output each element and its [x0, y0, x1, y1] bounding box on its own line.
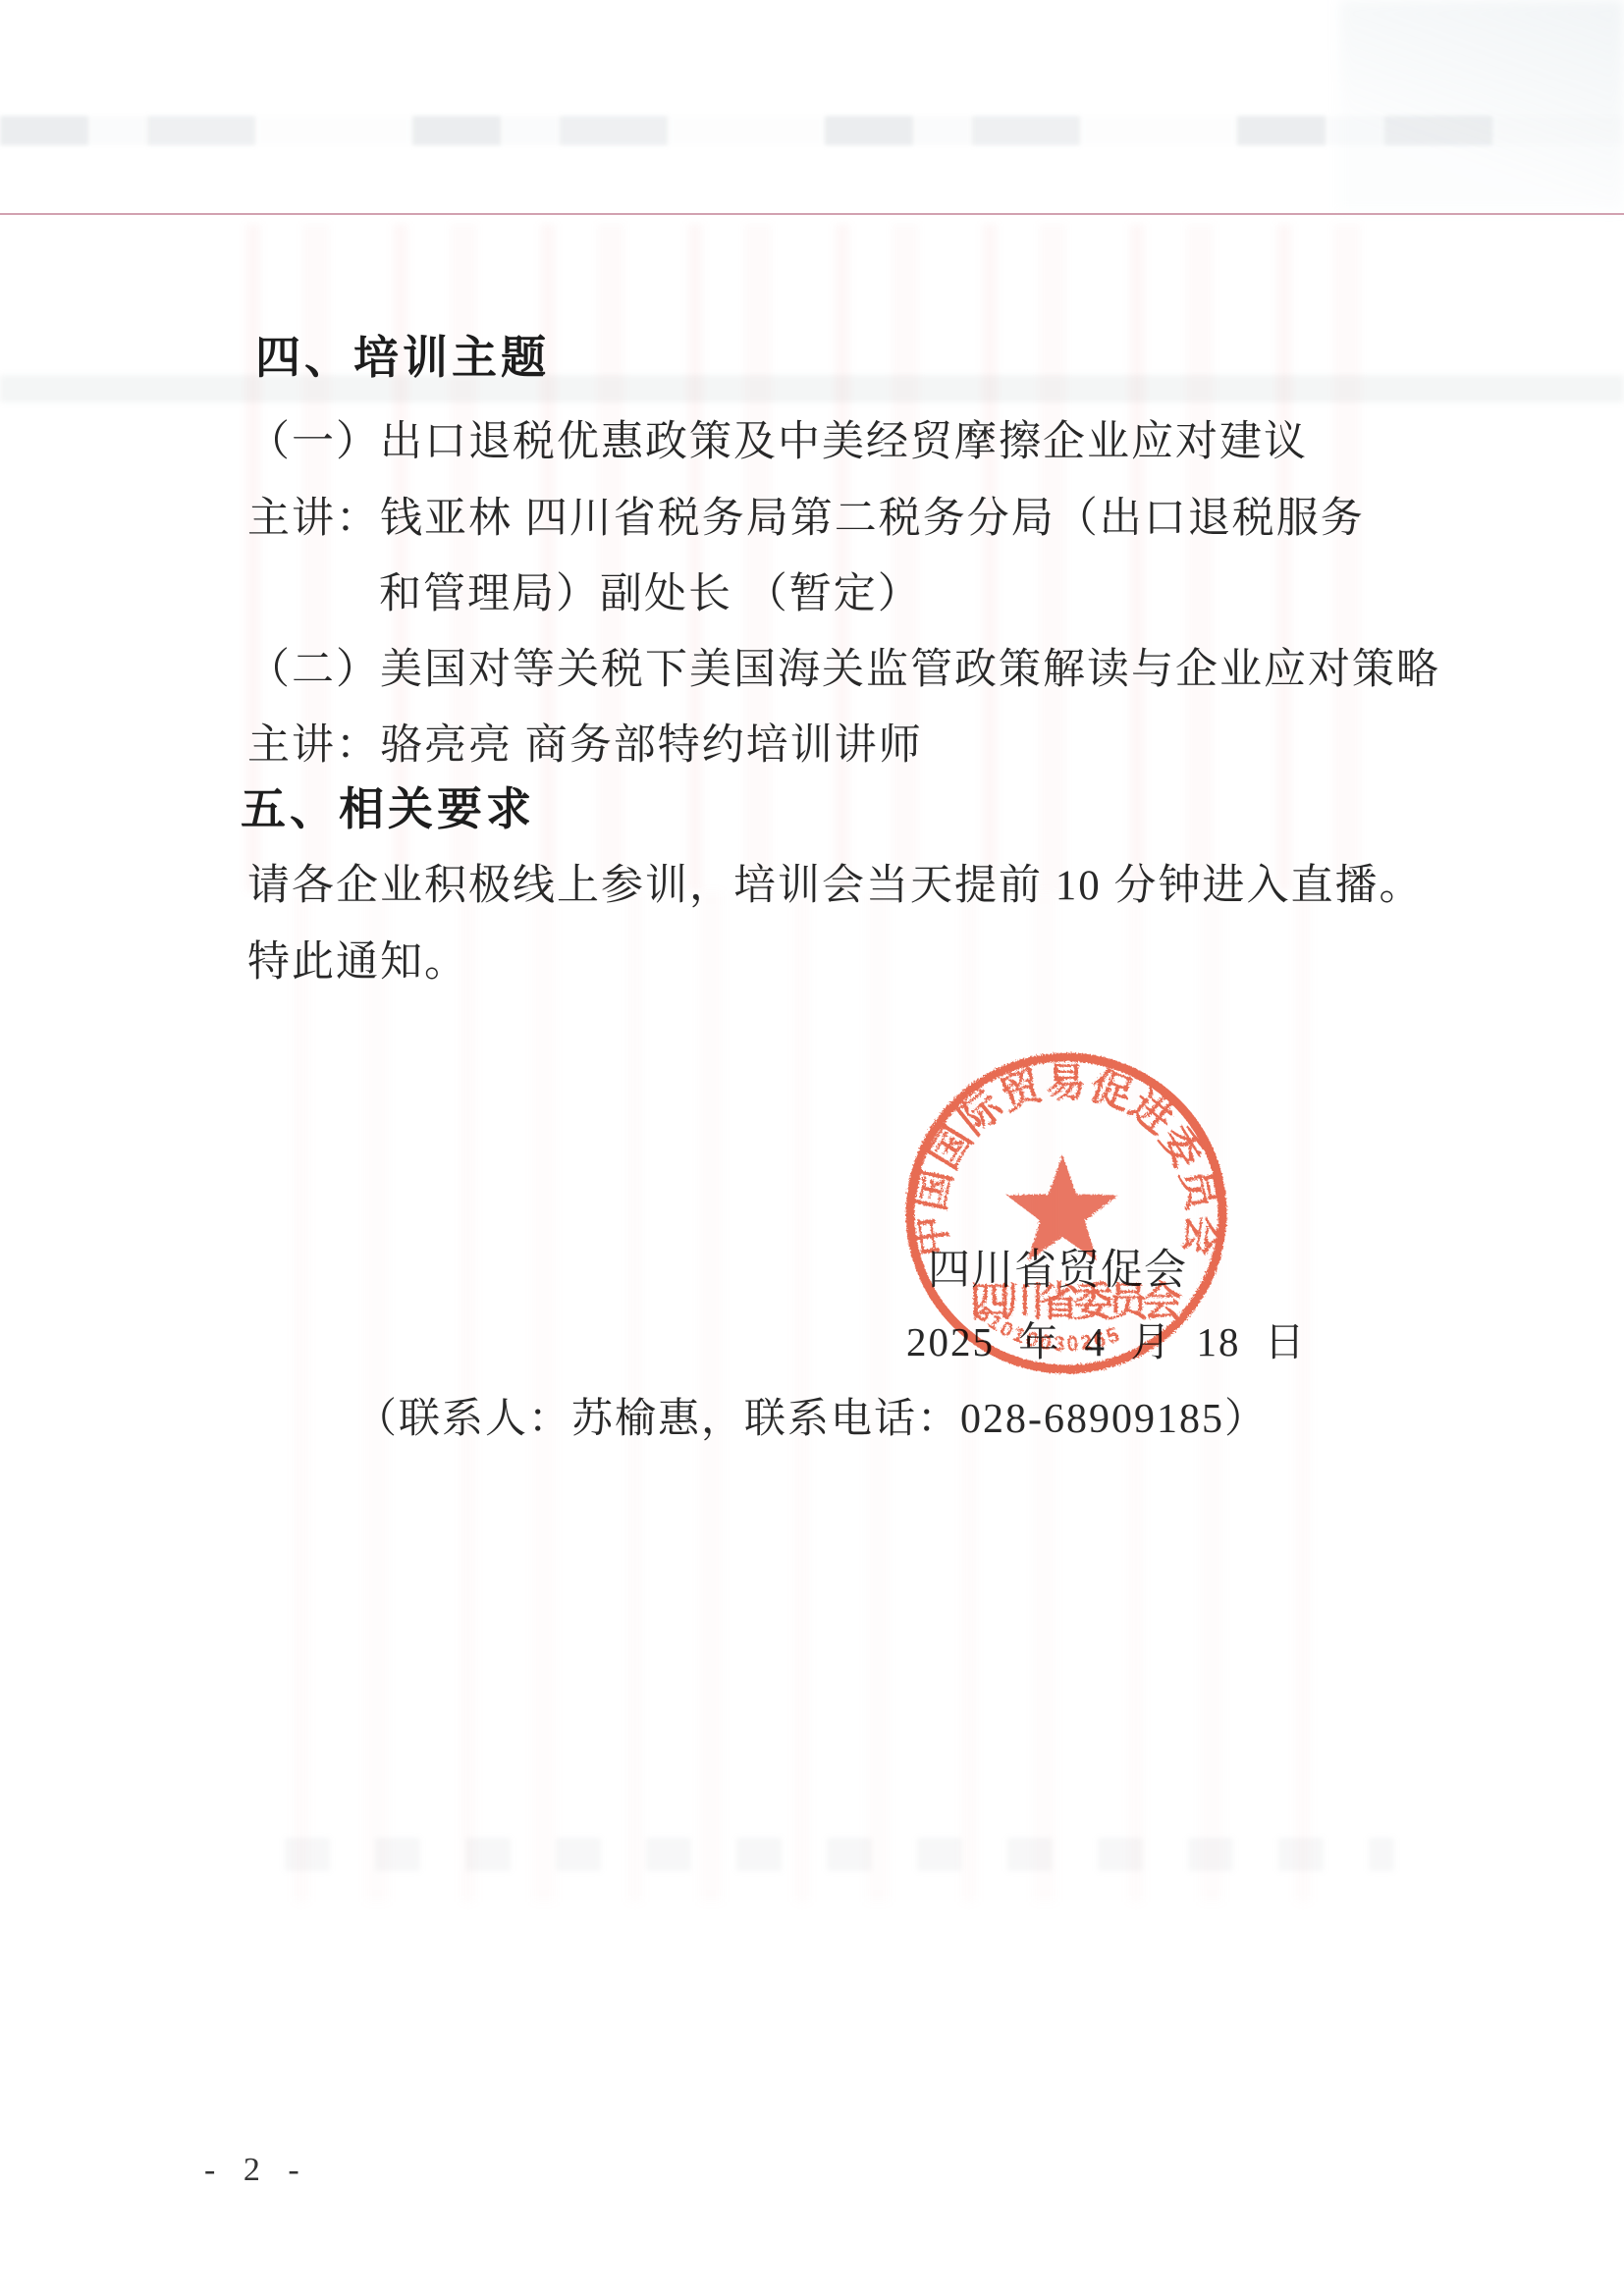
topic-1-speaker-line-2: 和管理局）副处长 （暂定）: [379, 561, 922, 620]
bleed-through-gray-band: [285, 1838, 1394, 1871]
topic-2-speaker: 主讲：骆亮亮 商务部特约培训讲师: [247, 712, 923, 772]
training-topic-2: （二）美国对等关税下美国海关监管政策解读与企业应对策略: [247, 636, 1440, 696]
official-seal-stamp: 中国国际贸易促进委员会 四川省委员会 51010030265: [898, 1046, 1234, 1382]
seal-star-icon: [1006, 1154, 1118, 1261]
contact-line: （联系人：苏榆惠，联系电话：028-68909185）: [355, 1386, 1268, 1445]
section-5-heading: 五、相关要求: [241, 774, 535, 838]
topic-1-speaker-line-1: 主讲：钱亚林 四川省税务局第二税务分局（出口退税服务: [247, 485, 1365, 545]
training-topic-1: （一）出口退税优惠政策及中美经贸摩擦企业应对建议: [247, 408, 1308, 468]
bleed-through-gray-band: [0, 375, 1624, 402]
page-number: - 2 -: [204, 2152, 306, 2189]
scan-corner-smudge: [1339, 0, 1624, 211]
pink-divider-line: [0, 213, 1624, 215]
requirement-line: 请各企业积极线上参训，培训会当天提前 10 分钟进入直播。: [247, 852, 1424, 912]
document-page: 四、培训主题 （一）出口退税优惠政策及中美经贸摩擦企业应对建议 主讲：钱亚林 四…: [0, 0, 1624, 2296]
section-4-heading: 四、培训主题: [255, 322, 550, 387]
closing-line: 特此通知。: [247, 929, 468, 988]
